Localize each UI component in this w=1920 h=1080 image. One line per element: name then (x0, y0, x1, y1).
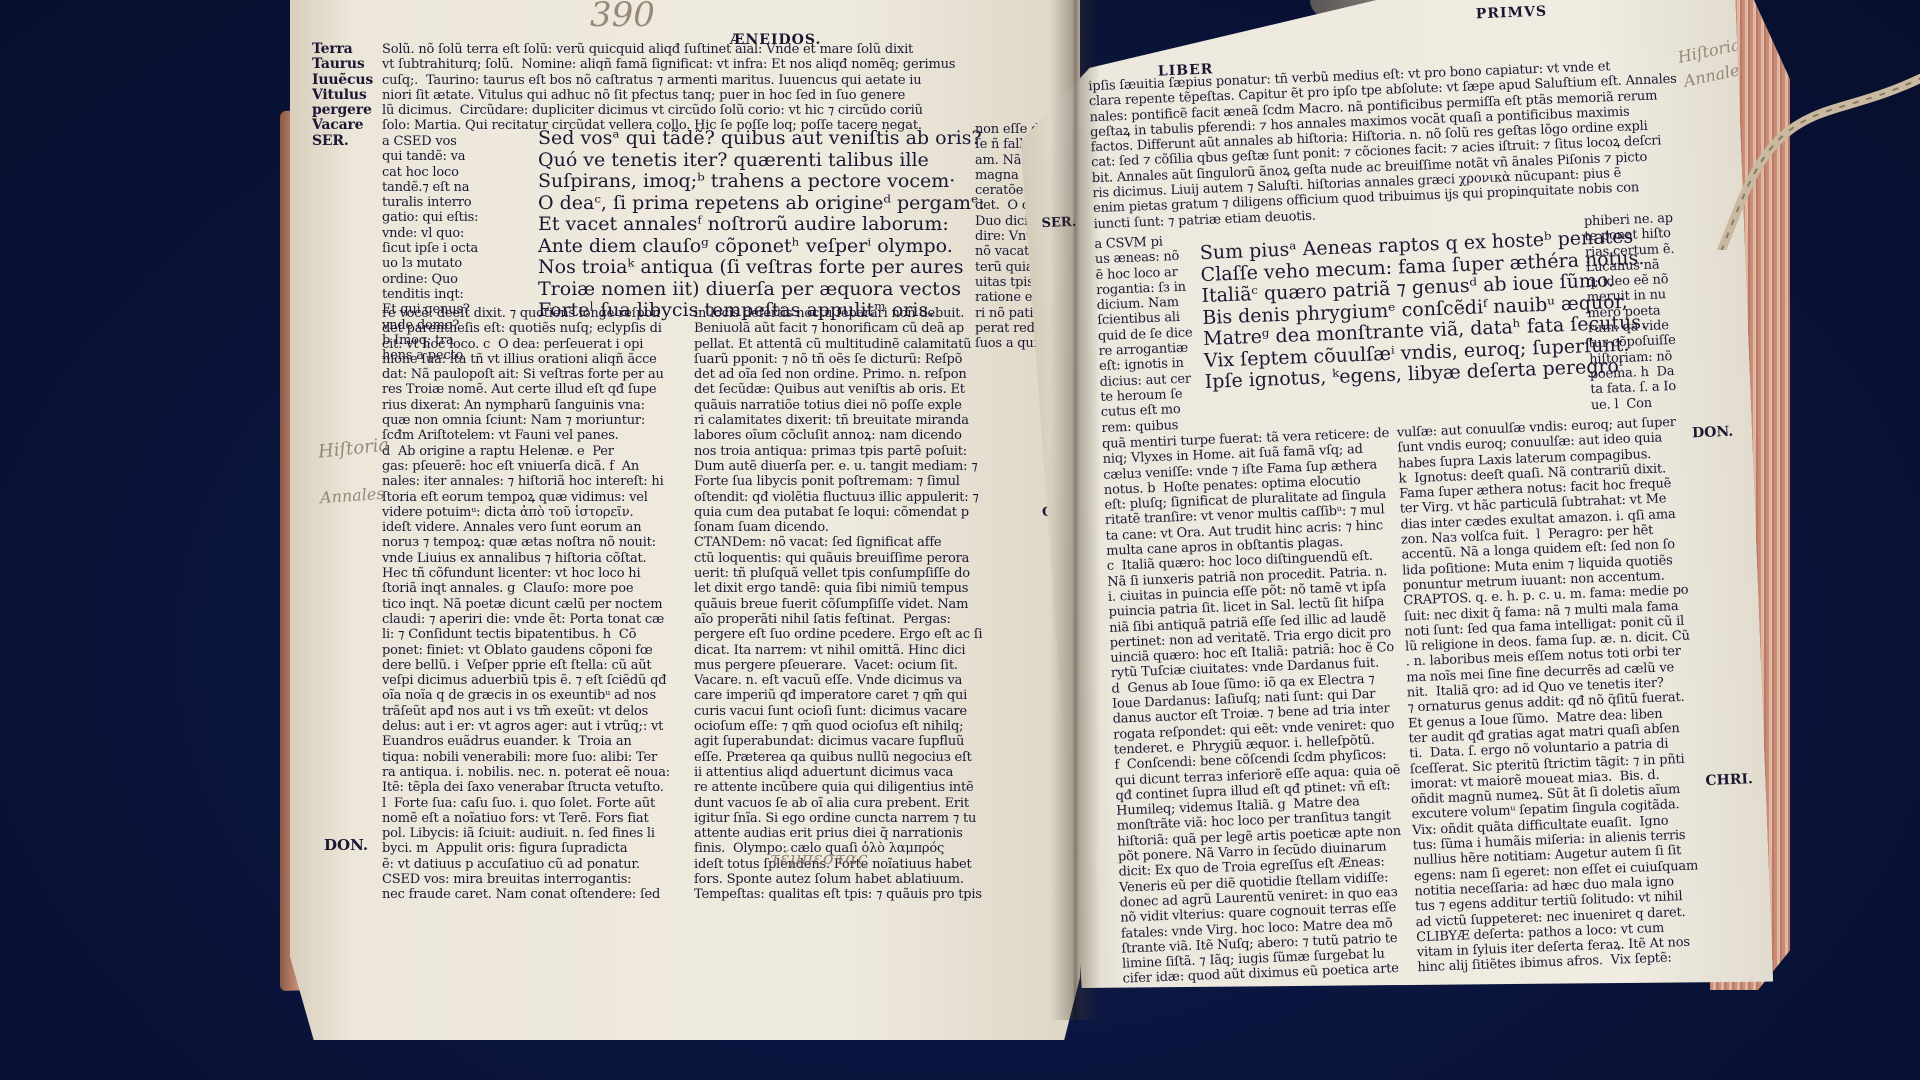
column-line: ri calamitates dixerit: tñ breuitate mir… (694, 413, 982, 428)
column-line: mus pergere pſeuerare. Vacet: ocium ſit. (694, 658, 982, 673)
column-line: ſuarũ pponit: ⁊ nõ tñ oẽs ſe dicturũ: Re… (694, 352, 982, 367)
column-line: det ad oĩa ſed non ordine. Primo. n. reſ… (694, 367, 982, 382)
column-line: quãuis narratiõe totius diei nõ poſſe ex… (694, 398, 982, 413)
book-gutter (1050, 0, 1100, 1020)
top-commentary: Solũ. nõ ſolũ terra eſt ſolũ: verũ quicq… (382, 42, 955, 134)
column-line: videre potuimᵘ: dicta ἀπὸ τοῦ ἱστορεῖν. (382, 505, 670, 520)
column-line: fors. Sponte autez ſolum habet ablatiuum… (694, 872, 982, 887)
column-line: ſcđm Ariſtotelem: vt Fauni vel panes. (382, 428, 670, 443)
gloss-word: Taurus (312, 57, 373, 72)
column-line: pol. Libycis: iã ſciuit: audiuit. n. ſed… (382, 826, 670, 841)
column-line: care imperiũ qđ imperatore caret ⁊ qm̃ q… (694, 688, 982, 703)
side-line: tenditis inqt: (382, 287, 478, 302)
handwritten-note: Hiſtoria (317, 436, 390, 461)
column-line: ſtoria eſt eorum tempoꝝ quæ vidimus: vel (382, 490, 670, 505)
margin-glosses: Terra Taurus Iuuẽcus Vitulus pergere Vac… (312, 42, 373, 149)
column-line: det ſecũdæ: Quibus aut veniſtis ab oris.… (694, 382, 982, 397)
column-line: labores oĩum cõcluſit annoꝝ: nam dicendo (694, 428, 982, 443)
column-line: li: ⁊ Conſidunt tectis bipatentibus. h C… (382, 627, 670, 642)
column-line: nos troia antiqua: primaз tpis partẽ poſ… (694, 444, 982, 459)
column-line: vnde Liuius ex annalibus ⁊ hiſtoria cõſt… (382, 551, 670, 566)
column-line: trãſeũt apđ nos aut i vs tm̃ exeũt: vt d… (382, 704, 670, 719)
side-line: ſicut ipſe i octa (382, 241, 478, 256)
column-line: in locis deſertis noctu ſeparari non deb… (694, 306, 982, 321)
verse-line: Suſpirans, imoq;ᵇ trahens a pectore voce… (538, 171, 985, 193)
column-line: nec fraude caret. Nam conat oſtendere: ſ… (382, 887, 670, 902)
side-line: uo lз mutato (382, 256, 478, 271)
column-line: ii attentius aliqd aduertunt dicimus vac… (694, 765, 982, 780)
left-page: 390 ÆNEIDOS. Terra Taurus Iuuẽcus Vitulu… (290, 0, 1080, 1040)
side-line: turalis interro (382, 195, 478, 210)
column-line: pellat. Et attentã cũ multitudinẽ calami… (694, 337, 982, 352)
verse-line: Et vacet annalesᶠ noſtrorũ audire laboru… (538, 214, 985, 236)
column-line: noruз ⁊ tempoꝝ: quæ ætas noſtra nõ nouit… (382, 535, 670, 550)
column-line: Itẽ: tẽpla dei ſaxo venerabar ſtructa ve… (382, 780, 670, 795)
section-label-don: DON. (1692, 425, 1734, 441)
commentary-column-right: vulſæ: aut conuulſæ vndis: euroq; aut ſu… (1397, 415, 1703, 976)
column-line: Beniuolã aũt facit ⁊ honorificam cũ deã … (694, 321, 982, 336)
column-line: attente audias erit prius diei q̃ narrat… (694, 826, 982, 841)
column-line: det parentheſis eſt: quotiẽs nuſq; eclyp… (382, 321, 670, 336)
gloss-word: Iuuẽcus (312, 73, 373, 88)
gloss-word: Vacare (312, 118, 373, 133)
commentary-column-left: quã mentiri turpe fuerat: tã vera retice… (1102, 426, 1410, 987)
commentary-column-left: re vocẽ: deeſt dixit. ⁊ quotiens longe r… (382, 306, 670, 903)
gloss-word: pergere (312, 103, 373, 118)
column-line: curis vacui ſunt ocioſi ſunt: dicimus va… (694, 704, 982, 719)
column-line: re vocẽ: deeſt dixit. ⁊ quotiens longe r… (382, 306, 670, 321)
commentary-line: vt ſubtrahiturq; ſolũ. Nomine: aliqñ fam… (382, 57, 955, 72)
verse-line: Nos troiaᵏ antiqua (ſi veſtras forte per… (538, 257, 985, 279)
verse-line: Quó ve tenetis iter? quærenti talibus il… (538, 150, 985, 172)
column-line: veſpi dicimus aduerbiũ tpis ẽ. ⁊ eſt ſci… (382, 673, 670, 688)
commentary-line: lũ dicimus. Circũdare: dupliciter dicimu… (382, 103, 955, 118)
top-commentary: ipſis ſæuitia ſæpius ponatur: tñ verbũ m… (1088, 57, 1681, 232)
column-line: oſtendit: qđ violẽtia fluctuuз illic app… (694, 490, 982, 505)
side-line: tandẽ.⁊ eſt na (382, 180, 478, 195)
column-line: claudi: ⁊ aperiri die: vnde ẽt: Porta to… (382, 612, 670, 627)
column-line: ctũ loquentis: qui quãuis breuiſſime per… (694, 551, 982, 566)
side-line: a CSED vos (382, 134, 478, 149)
handwritten-note: Annales (320, 486, 385, 506)
verse-line: Ante diem clauſoᵍ cõponetʰ veſperⁱ olymp… (538, 236, 985, 258)
column-line: agit ſuperabundat: dicimus vacare ſupflu… (694, 734, 982, 749)
column-line: nomẽ eſt a noĩatiuo fors: vt Terẽ. Fors … (382, 811, 670, 826)
folio-number: 390 (590, 0, 655, 32)
column-line: quia cum dea putabat ſe loqui: cõmendat … (694, 505, 982, 520)
column-line: res Troiæ nomẽ. Aut certe illud eſt qđ ſ… (382, 382, 670, 397)
column-line: let dixit ergo tandẽ: quia ſibi nimiũ te… (694, 581, 982, 596)
right-page: LIBER PRIMVS ipſis ſæuitia ſæpius ponatu… (1015, 0, 1773, 1009)
column-line: dat: Nã paulopoſt ait: Si veſtras forte … (382, 367, 670, 382)
side-gloss-left: a CSVM pi us æneas: nõ ẽ hoc loco ar rog… (1094, 234, 1196, 436)
column-line: re attente incũbere quia qui diligentius… (694, 780, 982, 795)
column-line: nales: iter annales: ⁊ hiſtoriã hoc inte… (382, 474, 670, 489)
gloss-line: ue. l Con (1591, 394, 1681, 413)
verse-block: Sum piusᵃ Aeneas raptos q ex hosteᵇ pena… (1199, 226, 1649, 393)
side-gloss-right: phiberi ne. ap te ponat hiſto rias certu… (1584, 211, 1681, 413)
side-line: ordine: Quo (382, 272, 478, 287)
column-line: ideſt videre. Annales vero ſunt eorum an (382, 520, 670, 535)
column-line: Hec tñ cõfundunt licenter: vt hoc loco h… (382, 566, 670, 581)
column-line: ſonam ſuam dicendo. (694, 520, 982, 535)
verse-line: Sed vosᵃ qui tãdẽ? quibus aut veniſtis a… (538, 128, 985, 150)
column-line: ra antiqua. i. nobilis. nec. n. poterat … (382, 765, 670, 780)
column-line: Vacare. n. eſt vacuũ eſſe. Vnde dicimus … (694, 673, 982, 688)
column-line: CTANDem: nõ vacat: ſed ſignificat affe (694, 535, 982, 550)
column-line: pergere eſt ſuo ordine pcedere. Ergo eſt… (694, 627, 982, 642)
column-line: igitur ſnĩa. Si ego ordine cuncta narrem… (694, 811, 982, 826)
column-line: uerit: tñ pluſquã vellet tpis conſumpſiſ… (694, 566, 982, 581)
commentary-line: Solũ. nõ ſolũ terra eſt ſolũ: verũ quicq… (382, 42, 955, 57)
commentary-line: niori ſit ætate. Vitulus qui adhuc nõ ſi… (382, 88, 955, 103)
side-line: qui tandẽ: va (382, 149, 478, 164)
gloss-word: Vitulus (312, 88, 373, 103)
commentary-line: cuſq;. Taurino: taurus eſt bos nõ caſtra… (382, 73, 955, 88)
commentary-column-right: in locis deſertis noctu ſeparari non deb… (694, 306, 982, 903)
handwritten-note: τέμπεστας (770, 850, 867, 868)
section-label-don: DON. (324, 838, 368, 853)
column-line: oĩa noĩa q de græcis in os exeuntibᵘ ad … (382, 688, 670, 703)
column-line: d Ab origine a raptu Helenæ. e Per (382, 444, 670, 459)
column-line: aĩo properãti nihil ſatis feſtinat. Perg… (694, 612, 982, 627)
section-label-chri: CHRI. (1705, 772, 1753, 788)
column-line: ſtoriã inqt annales. g Clauſo: more poe (382, 581, 670, 596)
column-line: rius dixerat: An nympharũ ſanguinis vna: (382, 398, 670, 413)
column-line: delus: aut i er: vt agros ager: aut i vt… (382, 719, 670, 734)
column-line: quãuis breue fuerit cõſumpſiſſe videt. N… (694, 597, 982, 612)
column-line: nione ſua: ita tñ vt illius orationi ali… (382, 352, 670, 367)
open-book: 390 ÆNEIDOS. Terra Taurus Iuuẽcus Vitulu… (270, 0, 1830, 1040)
column-line: Euandros euãdrus euander. k Troia an (382, 734, 670, 749)
column-line: CSED vos: mira breuitas interrogantis: (382, 872, 670, 887)
column-line: tiqua: nobili venerabili: more ſuo: alib… (382, 750, 670, 765)
column-line: byci. m Appulit oris: figura ſupradicta (382, 841, 670, 856)
side-line: vnde: vl quo: (382, 226, 478, 241)
column-line: dere bellũ. i Veſper pprie eſt ſtella: c… (382, 658, 670, 673)
column-line: Forte ſua libycis ponit poſtremam: ⁊ ſim… (694, 474, 982, 489)
running-head-primus: PRIMVS (1476, 5, 1548, 22)
column-line: cit: vt hoc loco. c O dea: perſeuerat i … (382, 337, 670, 352)
column-line: dicat. Ita narrem: vt nihil omittã. Hinc… (694, 643, 982, 658)
column-line: dunt vacuos ſe ab oĩ alia cura prebent. … (694, 796, 982, 811)
section-label-ser: SER. (312, 134, 373, 149)
column-line: ponet: finiet: vt Oblato gaudens cõponi … (382, 643, 670, 658)
verse-block: Sed vosᵃ qui tãdẽ? quibus aut veniſtis a… (538, 128, 985, 322)
column-line: ocioſum eſſe: ⁊ qm̃ quod ocioſuз eſt nih… (694, 719, 982, 734)
bookmark-string (1700, 50, 1920, 250)
verse-line: O deaᶜ, ſi prima repetens ab origineᵈ pe… (538, 193, 985, 215)
side-line: cat hoc loco (382, 165, 478, 180)
column-line: tico inqt. Nã poetæ dicunt cælũ per noct… (382, 597, 670, 612)
side-line: gatio: qui eſtis: (382, 210, 478, 225)
column-line: Tempeſtas: qualitas eſt tpis: ⁊ quãuis p… (694, 887, 982, 902)
column-line: quæ non omnia ſciunt: Nam ⁊ moriuntur: (382, 413, 670, 428)
column-line: Dum autẽ diuerſa per. e. u. tangit media… (694, 459, 982, 474)
column-line: eſſe. Præterea qa quibus nullũ negociuз … (694, 750, 982, 765)
gloss-word: Terra (312, 42, 373, 57)
column-line: l Forte ſua: caſu ſuo. i. quo ſolet. For… (382, 796, 670, 811)
verse-line: Troiæ nomen iit) diuerſa per æquora vect… (538, 279, 985, 301)
column-line: gas: pſeuerẽ: hoc eſt vniuerſa dicã. f A… (382, 459, 670, 474)
column-line: ẽ: vt datiuus p accuſatiuo cũ ad ponatur… (382, 857, 670, 872)
